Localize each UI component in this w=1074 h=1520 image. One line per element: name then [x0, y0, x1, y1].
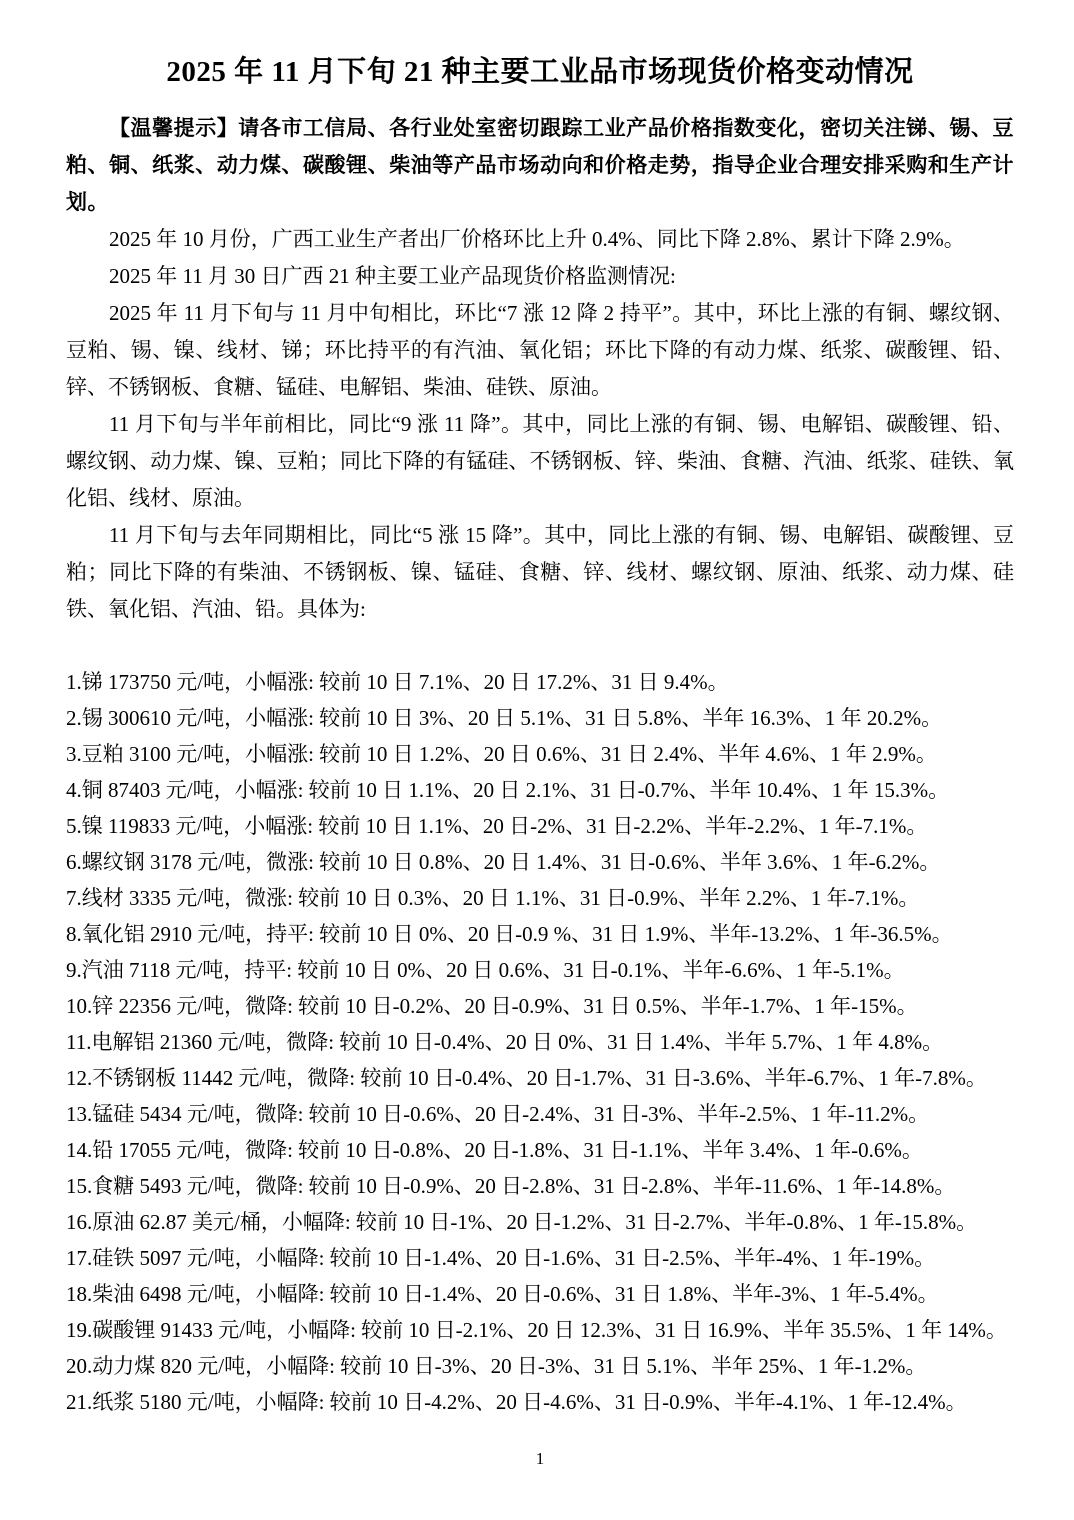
price-item-gasoline: 9.汽油 7118 元/吨，持平: 较前 10 日 0%、20 日 0.6%、3…	[66, 952, 1014, 988]
price-item-nickel: 5.镍 119833 元/吨，小幅涨: 较前 10 日 1.1%、20 日-2%…	[66, 808, 1014, 844]
price-item-pulp: 21.纸浆 5180 元/吨，小幅降: 较前 10 日-4.2%、20 日-4.…	[66, 1384, 1014, 1420]
price-item-soybean-meal: 3.豆粕 3100 元/吨，小幅涨: 较前 10 日 1.2%、20 日 0.6…	[66, 736, 1014, 772]
price-item-lead: 14.铅 17055 元/吨，微降: 较前 10 日-0.8%、20 日-1.8…	[66, 1132, 1014, 1168]
document-page: 2025 年 11 月下旬 21 种主要工业品市场现货价格变动情况 【温馨提示】…	[0, 0, 1074, 1520]
price-item-ferrosilicon: 17.硅铁 5097 元/吨，小幅降: 较前 10 日-1.4%、20 日-1.…	[66, 1240, 1014, 1276]
price-item-rebar: 6.螺纹钢 3178 元/吨，微涨: 较前 10 日 0.8%、20 日 1.4…	[66, 844, 1014, 880]
price-item-electrolytic-aluminum: 11.电解铝 21360 元/吨，微降: 较前 10 日-0.4%、20 日 0…	[66, 1024, 1014, 1060]
price-item-list: 1.锑 173750 元/吨，小幅涨: 较前 10 日 7.1%、20 日 17…	[66, 664, 1014, 1420]
price-item-sugar: 15.食糖 5493 元/吨，微降: 较前 10 日-0.9%、20 日-2.8…	[66, 1168, 1014, 1204]
body-paragraph-ppi: 2025 年 10 月份，广西工业生产者出厂价格环比上升 0.4%、同比下降 2…	[66, 221, 1014, 258]
price-item-diesel: 18.柴油 6498 元/吨，小幅降: 较前 10 日-1.4%、20 日-0.…	[66, 1276, 1014, 1312]
price-item-wire-rod: 7.线材 3335 元/吨，微涨: 较前 10 日 0.3%、20 日 1.1%…	[66, 880, 1014, 916]
body-paragraph-yoy-comparison: 11 月下旬与去年同期相比，同比“5 涨 15 降”。其中，同比上涨的有铜、锡、…	[66, 517, 1014, 628]
body-paragraph-mom-comparison: 2025 年 11 月下旬与 11 月中旬相比，环比“7 涨 12 降 2 持平…	[66, 295, 1014, 406]
price-item-zinc: 10.锌 22356 元/吨，微降: 较前 10 日-0.2%、20 日-0.9…	[66, 988, 1014, 1024]
price-item-antimony: 1.锑 173750 元/吨，小幅涨: 较前 10 日 7.1%、20 日 17…	[66, 664, 1014, 700]
price-item-crude-oil: 16.原油 62.87 美元/桶，小幅降: 较前 10 日-1%、20 日-1.…	[66, 1204, 1014, 1240]
page-number: 1	[66, 1448, 1014, 1470]
price-item-thermal-coal: 20.动力煤 820 元/吨，小幅降: 较前 10 日-3%、20 日-3%、3…	[66, 1348, 1014, 1384]
price-item-manganese-silicon: 13.锰硅 5434 元/吨，微降: 较前 10 日-0.6%、20 日-2.4…	[66, 1096, 1014, 1132]
document-title: 2025 年 11 月下旬 21 种主要工业品市场现货价格变动情况	[66, 50, 1014, 94]
price-item-copper: 4.铜 87403 元/吨，小幅涨: 较前 10 日 1.1%、20 日 2.1…	[66, 772, 1014, 808]
price-item-lithium-carbonate: 19.碳酸锂 91433 元/吨，小幅降: 较前 10 日-2.1%、20 日 …	[66, 1312, 1014, 1348]
body-paragraph-monitor-intro: 2025 年 11 月 30 日广西 21 种主要工业产品现货价格监测情况:	[66, 258, 1014, 295]
price-item-stainless-steel-plate: 12.不锈钢板 11442 元/吨，微降: 较前 10 日-0.4%、20 日-…	[66, 1060, 1014, 1096]
notice-paragraph: 【温馨提示】请各市工信局、各行业处室密切跟踪工业产品价格指数变化，密切关注锑、锡…	[66, 110, 1014, 221]
body-paragraph-halfyear-comparison: 11 月下旬与半年前相比，同比“9 涨 11 降”。其中，同比上涨的有铜、锡、电…	[66, 406, 1014, 517]
price-item-tin: 2.锡 300610 元/吨，小幅涨: 较前 10 日 3%、20 日 5.1%…	[66, 700, 1014, 736]
price-item-alumina: 8.氧化铝 2910 元/吨，持平: 较前 10 日 0%、20 日-0.9 %…	[66, 916, 1014, 952]
